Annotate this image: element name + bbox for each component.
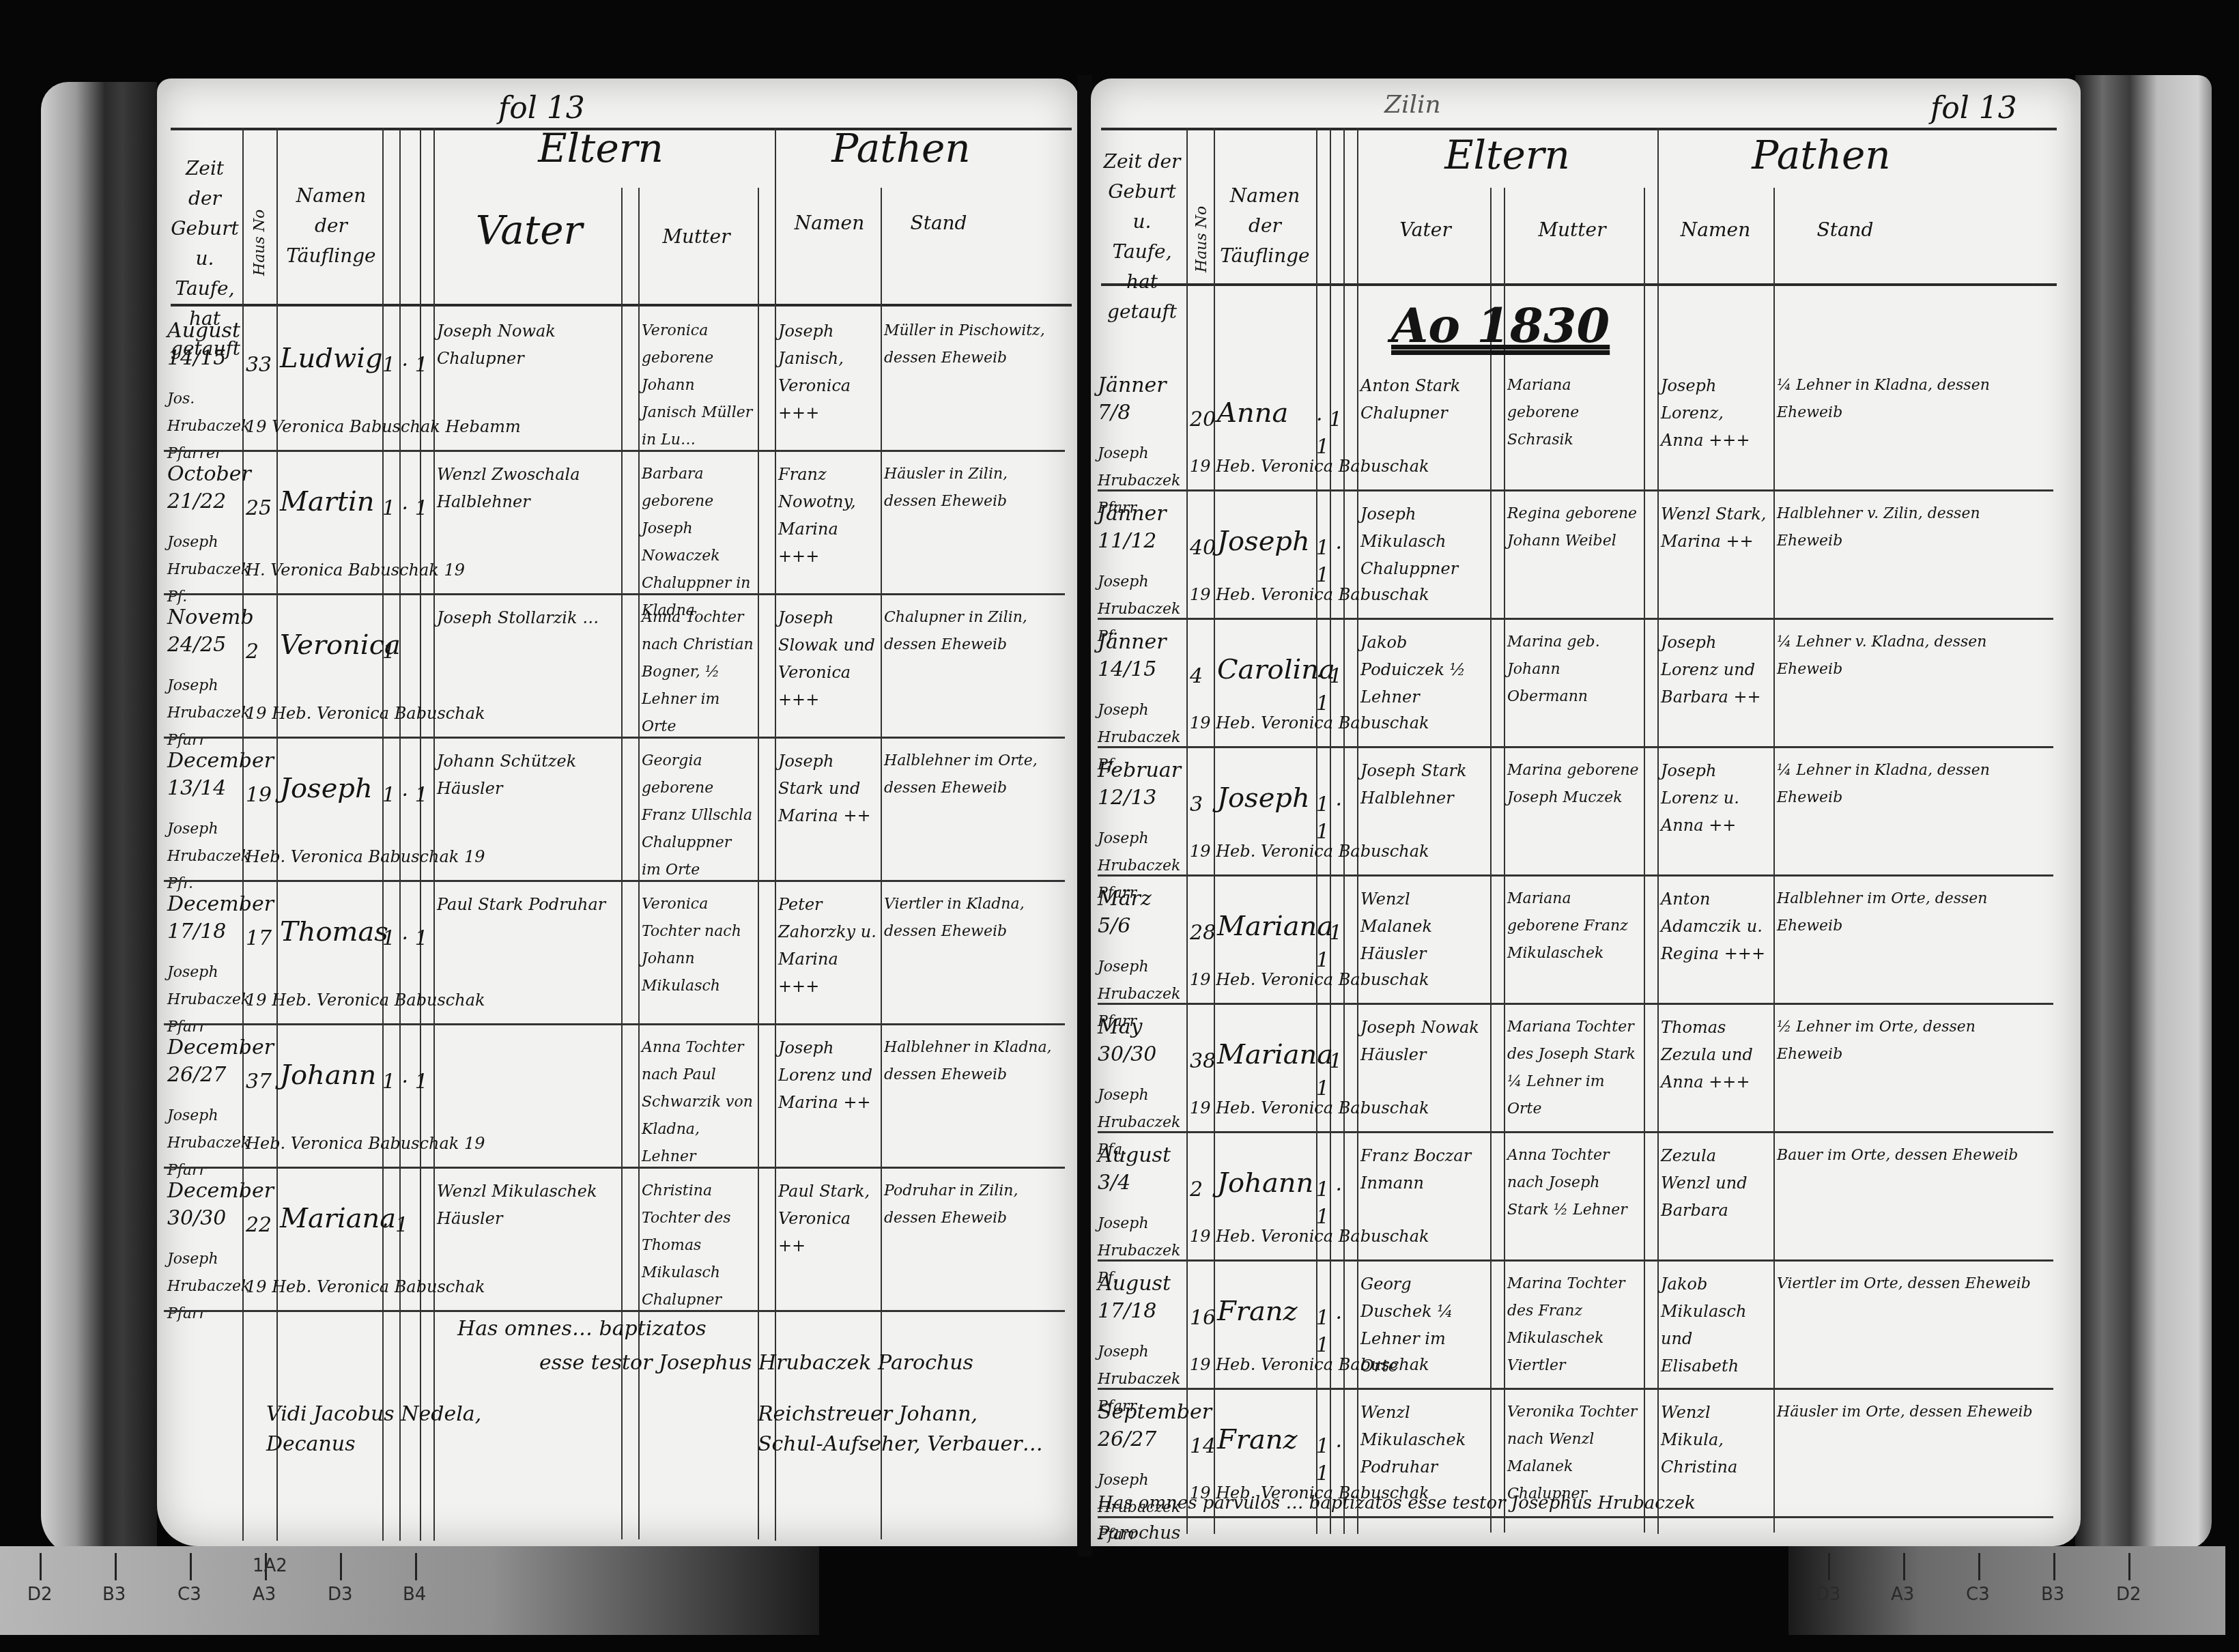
entry-mother: Mariana geborene Franz Mikulaschek [1507,885,1640,967]
entry-date: December 26/27 [167,1034,242,1089]
entry-mother: Christina Tochter des Thomas Mikulasch C… [642,1178,754,1314]
entry-child-name: Franz [1217,1426,1316,1453]
ruler-label: B4 [403,1584,426,1605]
entry-midwife: 19 Heb. Veronica Babuschak [1190,581,1497,608]
entry-father: Joseph Stollarzik … [437,604,618,631]
entry-divider [1098,1259,2053,1262]
entry-divider [1098,1131,2053,1133]
entry-divider [164,1167,1065,1169]
entry-mother: Marina geborene Joseph Muczek [1507,757,1640,812]
column-rule [242,128,244,1541]
entry-house-number: 33 [246,352,273,379]
entry-godparent: Joseph Lorenz und Barbara ++ [1661,629,1770,711]
ruler-label: D3 [1816,1584,1841,1605]
entry-house-number: 2 [1190,1176,1214,1204]
entry-house-number: 40 [1190,535,1214,562]
ruler-label: A3 [1891,1584,1914,1605]
entry-father: Wenzl Zwoschala Halblehner [437,461,618,515]
entry-father: Johann Schützek Häusler [437,747,618,802]
column-rule [420,128,421,1541]
entry-divider [164,450,1065,452]
entry-child-name: Anna [1217,399,1316,427]
entry-godparent-status: Bauer im Orte, dessen Eheweib [1777,1142,2036,1169]
entry-date: Februar 12/13 [1098,757,1185,812]
book-gutter [1077,75,1092,1556]
header-godparent-name: Namen [1664,215,1767,245]
header-mother: Mutter [1507,215,1637,245]
header-godparents: Pathen [778,133,1024,163]
entry-mother: Anna Tochter nach Paul Schwarzik von Kla… [642,1034,754,1171]
header-top-rule [1101,128,2057,130]
ruler-tick [415,1553,417,1580]
header-house-number: Haus No [251,201,269,283]
entry-date: December 13/14 [167,747,242,802]
entry-house-number: 28 [1190,920,1214,947]
entry-mother: Georgia geborene Franz Ullschla Chaluppn… [642,747,754,884]
closing-attestation: Has omnes parvulos … baptizatos esse tes… [1098,1488,1780,1546]
entry-child-name: Johann [280,1062,382,1089]
entry-date: August 3/4 [1098,1142,1185,1197]
entry-mother: Veronica Tochter nach Johann Mikulasch [642,891,754,1000]
entry-house-number: 37 [246,1068,273,1096]
ruler-label: D2 [2116,1584,2141,1605]
entry-midwife: 19 Heb. Veronica Babuschak [1190,838,1497,865]
entry-godparent: Anton Adamczik u. Regina +++ [1661,885,1770,967]
entry-child-name: Martin [280,488,382,515]
left-page: fol 13 Zeit der Geburt u. Taufe, hat get… [157,79,1079,1546]
entry-godparent-status: Viertler im Orte, dessen Eheweib [1777,1270,2036,1298]
entry-child-name: Mariana [280,1205,382,1232]
entry-mother: Barbara geborene Joseph Nowaczek Chalupp… [642,461,754,625]
entry-mother: Anna Tochter nach Joseph Stark ½ Lehner [1507,1142,1640,1224]
entry-godparent: Joseph Lorenz, Anna +++ [1661,372,1770,454]
ruler-label: D3 [328,1584,353,1605]
entry-date: Jänner 14/15 [1098,629,1185,683]
header-house-number: Haus No [1193,201,1211,276]
entry-divider [164,593,1065,595]
entry-date: December 30/30 [167,1178,242,1232]
entry-godparent: Peter Zahorzky u. Marina +++ [778,891,881,1000]
entry-father: Anton Stark Chalupner [1360,372,1487,427]
entry-midwife: 19 Heb. Veronica Babuschak [1190,966,1497,993]
entry-godparent: Wenzl Stark, Marina ++ [1661,500,1770,555]
column-rule [382,128,384,1541]
header-parents: Eltern [1384,140,1630,170]
ruler-label: B3 [2041,1584,2064,1605]
entry-child-name: Joseph [1217,784,1316,812]
entry-child-name: Franz [1217,1298,1316,1325]
entry-godparent: Paul Stark, Veronica ++ [778,1178,881,1259]
entry-mother: Marina Tochter des Franz Mikulaschek Vie… [1507,1270,1640,1380]
ruler-label: 1A2 [253,1556,287,1576]
header-parents: Eltern [498,133,703,163]
entry-father: Jakob Poduiczek ½ Lehner [1360,629,1487,711]
ruler-tick [40,1553,42,1580]
header-godparent-status: Stand [884,208,993,238]
entry-date: Novemb 24/25 [167,604,242,659]
scale-ruler-left: D2B3C3A3D3B41A2 [0,1546,819,1635]
ruler-label: C3 [1966,1584,1990,1605]
entry-godparent-status: Chalupner in Zilin, dessen Eheweib [884,604,1061,659]
column-rule [1657,128,1659,1534]
header-father: Vater [1364,215,1487,245]
entry-officiant: Joseph Hrubaczek Pf. [167,529,242,611]
entry-officiant: Joseph Hrubaczek Pfarr [167,672,242,754]
column-rule [1504,188,1505,1533]
entry-date: März 5/6 [1098,885,1185,940]
column-rule [1357,128,1358,1534]
entry-midwife: 19 Heb. Veronica Babuschak [246,1273,621,1300]
entry-child-name: Thomas [280,918,382,945]
year-heading: Ao 1830 [1391,297,1610,354]
entry-father: Wenzl Malanek Häusler [1360,885,1487,967]
ruler-tick [2053,1553,2055,1580]
header-name: Namen der Täuflinge [283,181,379,271]
right-page: fol 13 Zilin Zeit der Geburt u. Taufe, h… [1091,79,2081,1546]
entry-officiant: Joseph Hrubaczek Pfarr [167,959,242,1041]
entry-father: Joseph Mikulasch Chaluppner [1360,500,1487,582]
column-rule [433,128,435,1541]
entry-godparent: Jakob Mikulasch und Elisabeth [1661,1270,1770,1380]
entry-midwife: 19 Heb. Veronica Babuschak [1190,1223,1497,1250]
ruler-tick [190,1553,192,1580]
entry-child-name: Veronica [280,631,382,659]
column-rule [1773,188,1775,1533]
entry-date: August 17/18 [1098,1270,1185,1325]
entry-godparent-status: ½ Lehner im Orte, dessen Eheweib [1777,1014,2036,1068]
entry-divider [1098,1003,2053,1005]
entry-house-number: 20 [1190,406,1214,433]
entry-father: Franz Boczar Inmann [1360,1142,1487,1197]
entry-date: May 30/30 [1098,1014,1185,1068]
header-name: Namen der Täuflinge [1217,181,1313,271]
header-father: Vater [444,215,614,245]
ruler-tick [115,1553,117,1580]
entry-divider [1098,1388,2053,1390]
entry-godparent-status: Häusler im Orte, dessen Eheweib [1777,1399,2036,1426]
entry-mother: Marina geb. Johann Obermann [1507,629,1640,711]
entry-mother: Anna Tochter nach Christian Bogner, ½ Le… [642,604,754,741]
entry-godparent-status: Podruhar in Zilin, dessen Eheweib [884,1178,1061,1232]
entry-house-number: 4 [1190,663,1214,690]
closing-attestation-2: esse testor Josephus Hrubaczek Parochus [539,1348,1017,1378]
entry-marks: · 1 [382,1212,437,1239]
entry-date: September 26/27 [1098,1399,1185,1453]
entry-divider [164,1023,1065,1025]
inspector-signature: Reichstreuer Johann, Schul-Aufseher, Ver… [758,1399,1044,1459]
entry-child-name: Carolina [1217,656,1316,683]
ruler-tick [1828,1553,1830,1580]
entry-child-name: Ludwig [280,345,382,372]
entry-date: December 17/18 [167,891,242,945]
entry-officiant: Joseph Hrubaczek Pfarr [167,1102,242,1184]
header-bottom-rule [1101,283,2057,286]
entry-godparent: Franz Nowotny, Marina +++ [778,461,881,570]
entry-house-number: 38 [1190,1048,1214,1075]
folio-number-left: fol 13 [498,91,585,126]
closing-attestation: Has omnes… baptizatos [457,1314,935,1344]
entry-mother: Mariana Tochter des Joseph Stark ¼ Lehne… [1507,1014,1640,1123]
entry-date: August 14/15 [167,317,242,372]
header-date: Zeit der Geburt u. Taufe, hat getauft [1101,147,1183,327]
entry-house-number: 2 [246,638,273,666]
column-rule [399,128,401,1541]
entry-child-name: Joseph [1217,528,1316,555]
entry-officiant: Joseph Hrubaczek Pfarr [167,1246,242,1328]
header-godparent-status: Stand [1777,215,1913,245]
place-note: Zilin [1384,91,1441,119]
folio-number-right: fol 13 [1930,91,2017,126]
entry-father: Wenzl Mikulaschek Podruhar [1360,1399,1487,1481]
entry-divider [164,1310,1065,1312]
entry-midwife: 19 Veronica Babuschak Hebamm [246,413,621,440]
entry-godparent: Wenzl Mikula, Christina [1661,1399,1770,1481]
entry-midwife: 19 Heb. Veronica Babuschak [1190,709,1497,737]
entry-godparent: Joseph Lorenz und Marina ++ [778,1034,881,1116]
entry-house-number: 16 [1190,1305,1214,1332]
entry-house-number: 3 [1190,791,1214,818]
entry-midwife: Heb. Veronica Babuschak 19 [246,843,621,870]
entry-father: Joseph Nowak Häusler [1360,1014,1487,1068]
entry-midwife: 19 Heb. Veronica Babuschak [1190,1351,1497,1378]
entry-house-number: 14 [1190,1433,1214,1460]
entry-divider [164,737,1065,739]
column-rule [1644,188,1645,1533]
entry-house-number: 22 [246,1212,273,1239]
entry-midwife: 19 Heb. Veronica Babuschak [246,986,621,1014]
book-edge-right [2075,75,2212,1550]
entry-divider [164,880,1065,882]
entry-father: Paul Stark Podruhar [437,891,618,918]
header-mother: Mutter [642,222,751,252]
entry-house-number: 19 [246,782,273,809]
scale-ruler-right: D3A3C3B3D2 [1788,1546,2225,1635]
entry-child-name: Joseph [280,775,382,802]
entry-mother: Mariana geborene Schrasik [1507,372,1640,454]
entry-date: Jänner 11/12 [1098,500,1185,555]
dean-signature: Vidi Jacobus Nedela, Decanus [266,1399,553,1459]
entry-godparent-status: ¼ Lehner v. Kladna, dessen Eheweib [1777,629,2036,683]
entry-godparent-status: Häusler in Zilin, dessen Eheweib [884,461,1061,515]
entry-child-name: Johann [1217,1169,1316,1197]
entry-divider [1098,874,2053,877]
ruler-tick [1903,1553,1905,1580]
entry-godparent: Joseph Stark und Marina ++ [778,747,881,829]
entry-marks: 1 · 1 [382,352,437,379]
entry-father: Wenzl Mikulaschek Häusler [437,1178,618,1232]
entry-godparent-status: ¼ Lehner in Kladna, dessen Eheweib [1777,757,2036,812]
ruler-label: B3 [102,1584,126,1605]
entry-marks: 1 · 1 [382,782,437,809]
entry-godparent: Zezula Wenzl und Barbara [1661,1142,1770,1224]
entry-godparent: Joseph Lorenz u. Anna ++ [1661,757,1770,839]
entry-child-name: Mariana [1217,1041,1316,1068]
entry-mother: Regina geborene Johann Weibel [1507,500,1640,555]
entry-godparent-status: Viertler in Kladna, dessen Eheweib [884,891,1061,945]
entry-father: Joseph Stark Halblehner [1360,757,1487,812]
entry-godparent: Joseph Janisch, Veronica +++ [778,317,881,427]
entry-godparent-status: Halblehner im Orte, dessen Eheweib [884,747,1061,802]
entry-divider [1098,489,2053,492]
entry-marks: 1 · 1 [382,925,437,952]
entry-divider [1098,746,2053,748]
entry-midwife: 19 Heb. Veronica Babuschak [1190,1094,1497,1122]
book-edge-left [41,82,157,1556]
entry-marks: 1 · 1 [382,1068,437,1096]
entry-house-number: 17 [246,925,273,952]
entry-godparent: Thomas Zezula und Anna +++ [1661,1014,1770,1096]
ruler-tick [2128,1553,2130,1580]
entry-house-number: 25 [246,495,273,522]
entry-child-name: Mariana [1217,913,1316,940]
ruler-label: C3 [177,1584,201,1605]
entry-godparent-status: Müller in Pischowitz, dessen Eheweib [884,317,1061,372]
entry-officiant: Jos. Hrubaczek Pfarrer [167,386,242,468]
header-godparent-name: Namen [778,208,881,238]
entry-midwife: H. Veronica Babuschak 19 [246,556,621,584]
column-rule [1186,128,1188,1534]
entry-officiant: Joseph Hrubaczek Pfr. [167,816,242,898]
entry-divider [1098,618,2053,620]
ruler-label: D2 [27,1584,53,1605]
entry-date: Jänner 7/8 [1098,372,1185,427]
entry-marks: 1 [382,638,437,666]
ruler-tick [1978,1553,1980,1580]
ruler-tick [340,1553,342,1580]
column-rule [276,128,278,1541]
header-godparents: Pathen [1671,140,1971,170]
ruler-label: A3 [253,1584,276,1605]
entry-midwife: Heb. Veronica Babuschak 19 [246,1130,621,1157]
entry-midwife: 19 Heb. Veronica Babuschak [1190,453,1497,480]
entry-mother: Veronica geborene Johann Janisch Müller … [642,317,754,454]
entry-date: October 21/22 [167,461,242,515]
entry-marks: 1 · 1 [382,495,437,522]
entry-godparent: Joseph Slowak und Veronica +++ [778,604,881,713]
entry-godparent-status: ¼ Lehner in Kladna, dessen Eheweib [1777,372,2036,427]
entry-godparent-status: Halblehner v. Zilin, dessen Eheweib [1777,500,2036,555]
entry-godparent-status: Halblehner im Orte, dessen Eheweib [1777,885,2036,940]
entry-father: Joseph Nowak Chalupner [437,317,618,372]
entry-midwife: 19 Heb. Veronica Babuschak [246,700,621,727]
entry-godparent-status: Halblehner in Kladna, dessen Eheweib [884,1034,1061,1089]
